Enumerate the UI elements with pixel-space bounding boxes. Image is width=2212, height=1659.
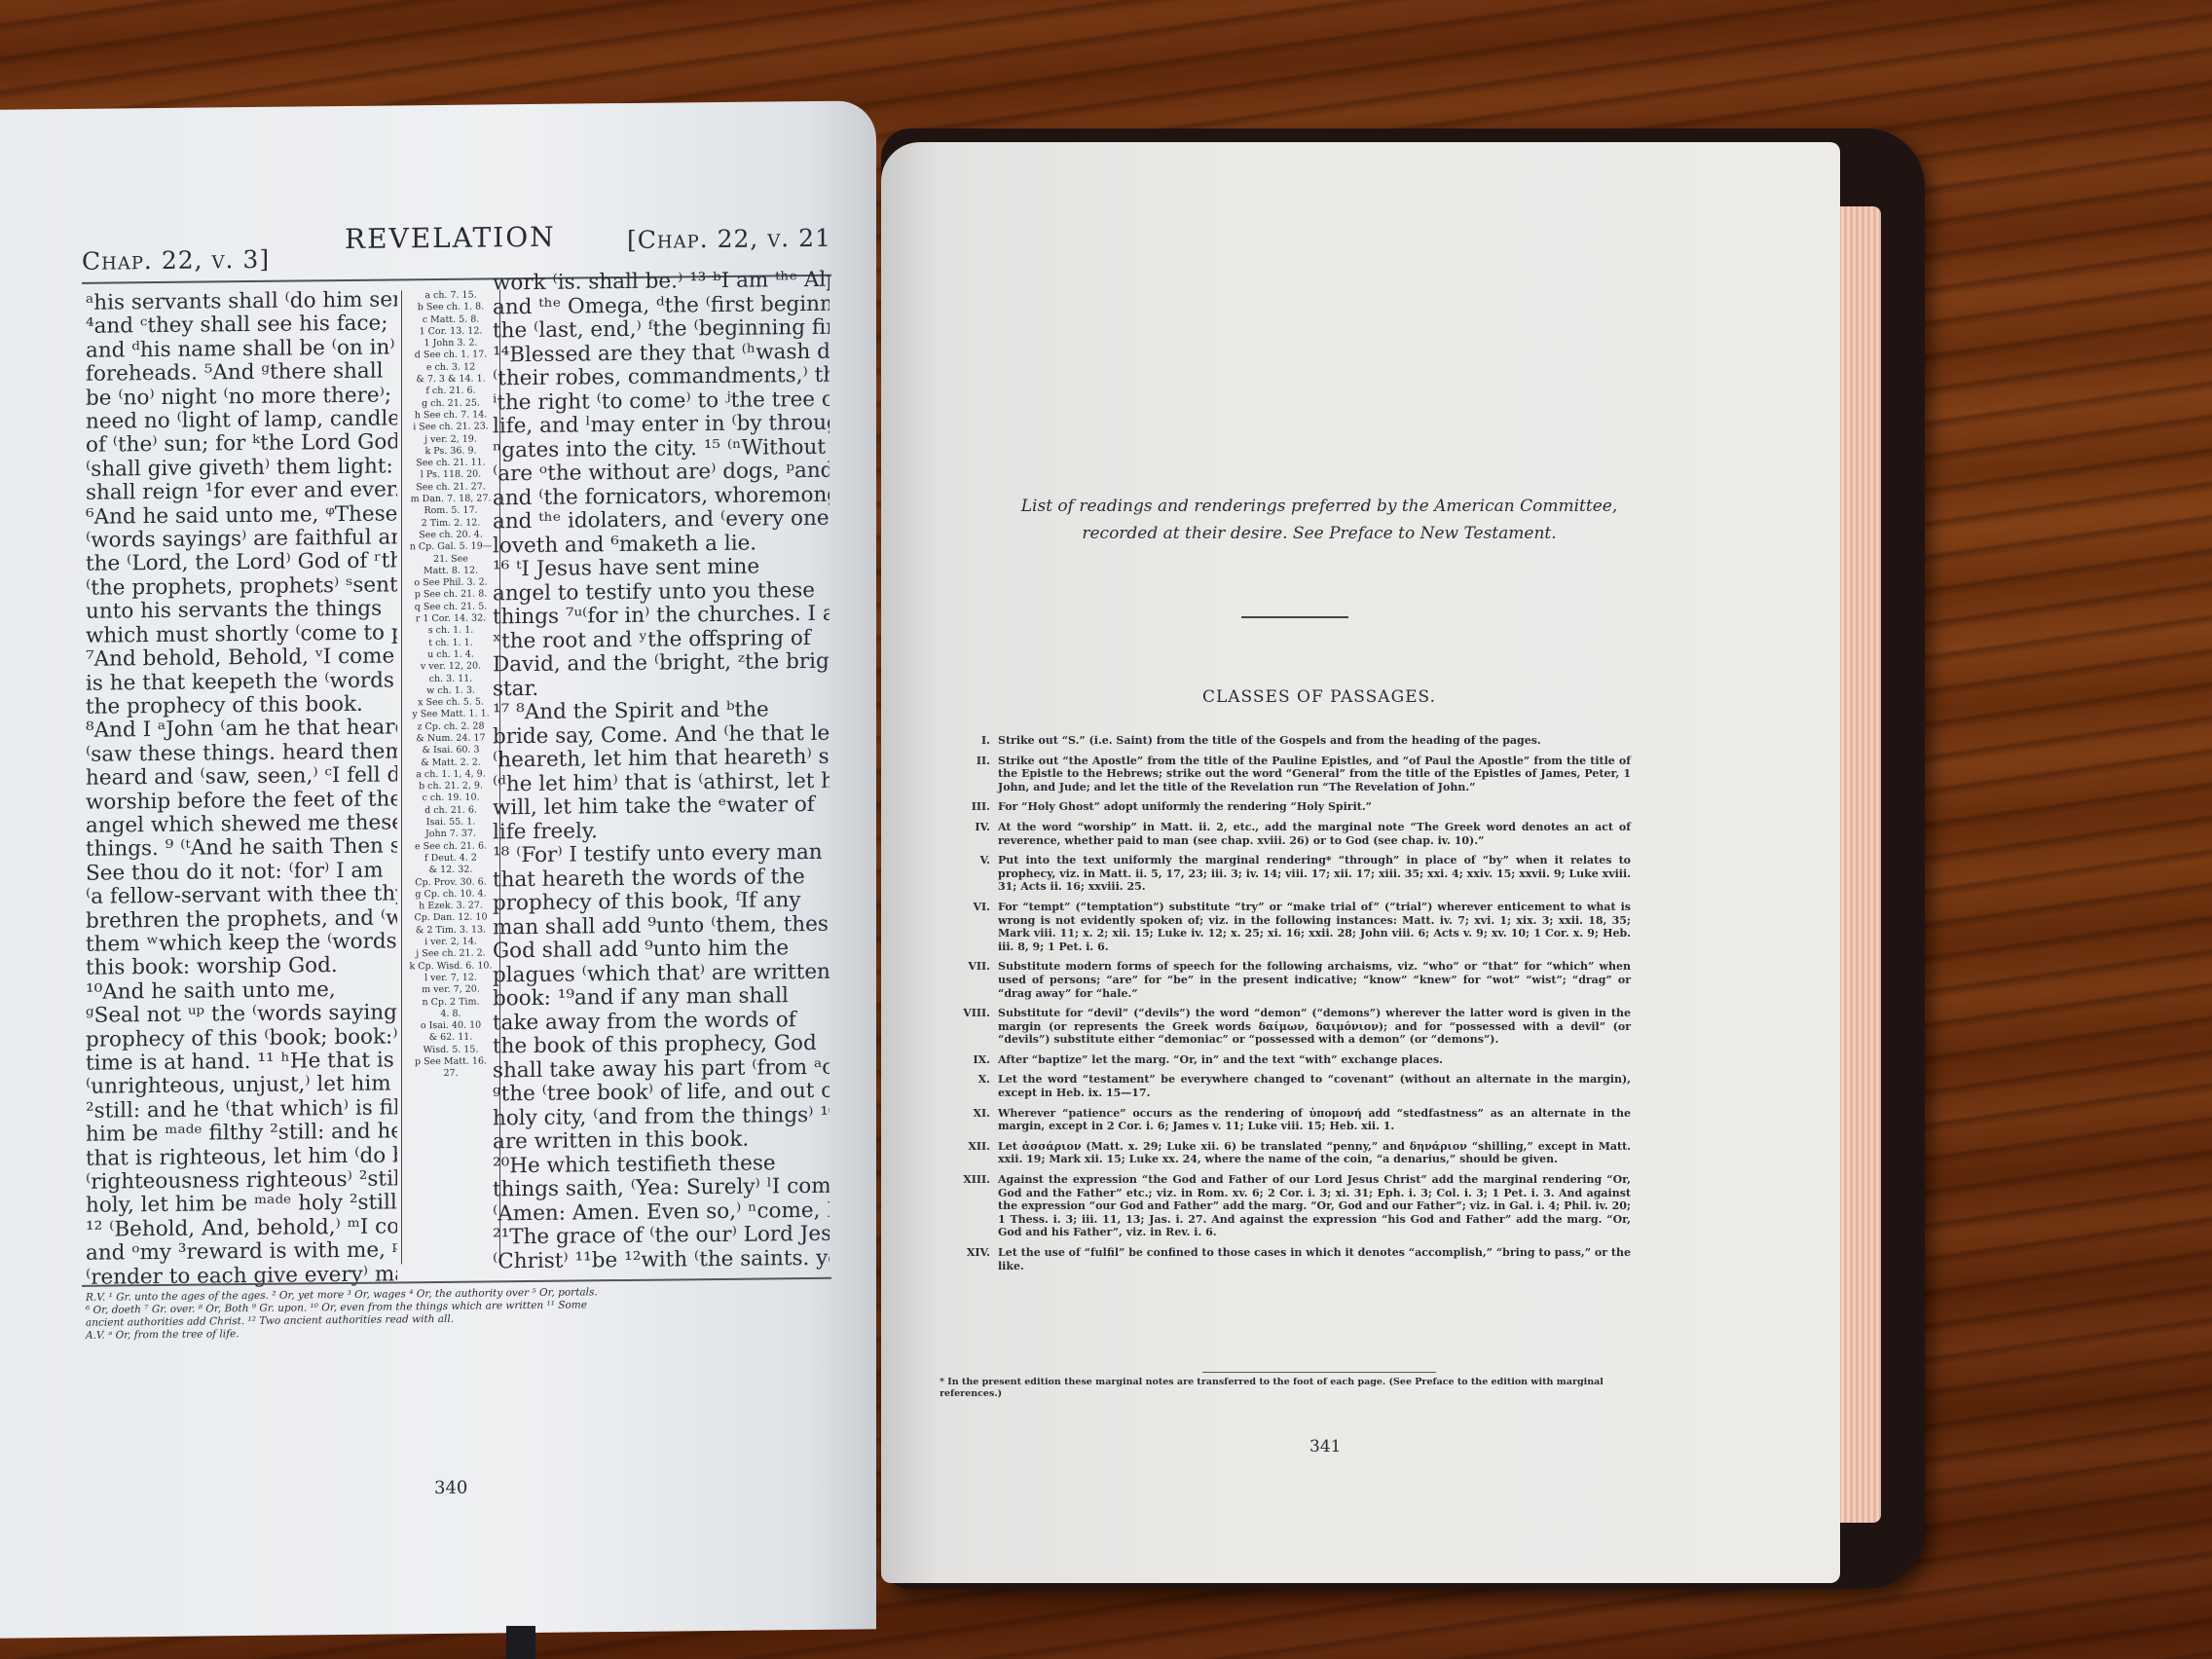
verse-line: the book of this prophecy, God bbox=[493, 1032, 829, 1059]
cross-reference: See ch. 21. 11. bbox=[406, 458, 496, 470]
item-text: For “Holy Ghost” adopt uniformly the ren… bbox=[998, 800, 1631, 814]
cross-reference: Isai. 55. 1. bbox=[406, 816, 496, 829]
cross-reference: g Cp. ch. 10. 4. bbox=[406, 888, 496, 901]
verse-line: man shall add ⁹unto ⁽them, these things,… bbox=[493, 912, 829, 940]
cross-reference: & Num. 24. 17 bbox=[406, 732, 496, 745]
verse-line: which must shortly ⁽come to pass. be don… bbox=[86, 621, 397, 648]
verse-line: ⁱthe right ⁽to come⁾ to ʲthe tree of bbox=[493, 387, 829, 415]
footnote-rule bbox=[1202, 1372, 1436, 1373]
verse-line: ⁷And behold, Behold, ᵛI come ⁽quickly. ʷ… bbox=[86, 645, 397, 673]
cross-reference: ch. 3. 11. bbox=[406, 673, 496, 685]
cross-reference: c ch. 19. 10. bbox=[406, 793, 496, 805]
cross-reference: x See ch. 5. 5. bbox=[406, 696, 496, 709]
cross-reference: f Deut. 4. 2 bbox=[406, 852, 496, 865]
footnote: * In the present edition these marginal … bbox=[940, 1377, 1641, 1400]
verse-line: ᵍSeal not ᵘᵖ the ⁽words sayings⁾ of the bbox=[86, 1002, 397, 1029]
cross-reference: f ch. 21. 6. bbox=[406, 386, 496, 398]
verse-line: ¹⁰And he saith unto me, bbox=[86, 977, 397, 1005]
cross-reference: q See ch. 21. 5. bbox=[406, 601, 496, 613]
cross-reference: See ch. 21. 27. bbox=[406, 481, 496, 494]
passage-class-item: IV.At the word “worship” in Matt. ii. 2,… bbox=[949, 821, 1631, 847]
verse-line: angel to testify unto you these bbox=[493, 578, 829, 606]
cross-reference: o See Phil. 3. 2. bbox=[406, 577, 496, 590]
cross-reference: 2 Tim. 2. 12. bbox=[406, 517, 496, 530]
verse-line: and ᵒmy ³reward is with me, ᵖto bbox=[86, 1239, 397, 1267]
passage-class-item: IX.After “baptize” let the marg. “Or, in… bbox=[949, 1053, 1631, 1067]
verse-line: the ⁽Lord, the Lord⁾ God of ʳthe ⁽spirit… bbox=[86, 550, 397, 577]
cross-reference: v ver. 12, 20. bbox=[406, 661, 496, 674]
section-title: CLASSES OF PASSAGES. bbox=[1076, 687, 1563, 707]
cross-reference: i See ch. 21. 23. bbox=[406, 422, 496, 434]
item-number: III. bbox=[949, 800, 998, 814]
cross-reference: & Isai. 60. 3 bbox=[406, 745, 496, 757]
cross-reference: & 12. 32. bbox=[406, 865, 496, 877]
item-text: At the word “worship” in Matt. ii. 2, et… bbox=[998, 821, 1631, 847]
verse-line: ⁽heareth, let him that heareth⁾ say, Com… bbox=[493, 746, 829, 773]
item-text: After “baptize” let the marg. “Or, in” a… bbox=[998, 1053, 1631, 1067]
verse-line: the prophecy of this book. bbox=[86, 692, 397, 719]
cross-reference: p See ch. 21. 8. bbox=[406, 589, 496, 602]
running-head-right: [Chap. 22, v. 21 bbox=[627, 224, 831, 254]
passage-class-item: VIII.Substitute for “devil” (“devils”) t… bbox=[949, 1007, 1631, 1047]
verse-line: ¹⁴Blessed are they that ⁽ʰwash do his⁾ bbox=[493, 340, 829, 367]
verse-line: worship before the feet of the bbox=[86, 788, 397, 815]
appendix-heading: List of readings and renderings preferre… bbox=[988, 493, 1650, 547]
cross-reference: 1 Cor. 13. 12. bbox=[406, 325, 496, 338]
verse-line: David, and the ⁽bright, ᶻthe bright and⁾… bbox=[493, 650, 829, 678]
verse-line: ⁽saw these things. heard them.⁾ And when… bbox=[86, 740, 397, 767]
cross-reference: y See Matt. 1. 1. bbox=[406, 709, 496, 721]
book-title: REVELATION bbox=[345, 221, 556, 255]
verse-line: prophecy of this book, ᶠIf any bbox=[493, 889, 829, 916]
verse-line: and ᵈhis name shall be ⁽on in⁾ their bbox=[86, 336, 397, 363]
passage-class-item: XIII.Against the expression “the God and… bbox=[949, 1173, 1631, 1239]
verse-line: ⁽a fellow-servant with thee thy fellowse… bbox=[86, 883, 397, 910]
verse-line: God shall add ⁹unto him the bbox=[493, 937, 829, 964]
item-text: Wherever “patience” occurs as the render… bbox=[998, 1107, 1631, 1133]
item-text: Against the expression “the God and Fath… bbox=[998, 1173, 1631, 1239]
verse-line: ᵃhis servants shall ⁽do him service; ser… bbox=[86, 288, 397, 315]
verse-line: ⁶And he said unto me, ᵠThese bbox=[86, 502, 397, 530]
page-number: 340 bbox=[434, 1478, 467, 1498]
cross-reference: Matt. 8. 12. bbox=[406, 565, 496, 577]
verse-line: life, and ˡmay enter in ⁽by through⁾ the bbox=[493, 412, 829, 439]
verse-line: ⁿgates into the city. ¹⁵ ⁽ⁿWithout For⁾ bbox=[493, 435, 829, 462]
verse-line: and ᵗʰᵉ Omega, ᵈthe ⁽first beginning⁾ an… bbox=[493, 292, 829, 319]
verse-line: bride say, Come. And ⁽he that let him⁾ bbox=[493, 721, 829, 749]
verse-line: ²⁰He which testifieth these bbox=[493, 1151, 829, 1178]
verse-line: this book: worship God. bbox=[86, 954, 397, 981]
cross-reference: Rom. 5. 17. bbox=[406, 505, 496, 518]
verse-line: will, let him take the ᵉwater of bbox=[493, 793, 829, 821]
verse-line: ¹⁶ ᵗI Jesus have sent mine bbox=[493, 555, 829, 582]
verse-line: of ⁽the⁾ sun; for ᵏthe Lord God bbox=[86, 431, 397, 459]
right-page: List of readings and renderings preferre… bbox=[881, 142, 1840, 1583]
verse-line: things saith, ⁽Yea: Surely⁾ ˡI come quic… bbox=[493, 1175, 829, 1202]
item-text: Strike out “the Apostle” from the title … bbox=[998, 755, 1631, 794]
verse-line: them ʷwhich keep the ⁽words sayings⁾ of bbox=[86, 930, 397, 957]
verse-line: ²¹The grace of ⁽the our⁾ Lord Jesus bbox=[493, 1223, 829, 1250]
cross-reference: z Cp. ch. 2. 28 bbox=[406, 720, 496, 733]
item-text: Let the word “testament” be everywhere c… bbox=[998, 1073, 1631, 1099]
verse-line: is he that keepeth the ⁽words sayings⁾ o… bbox=[86, 669, 397, 696]
item-number: IV. bbox=[949, 821, 998, 847]
cross-reference: o Isai. 40. 10 bbox=[406, 1019, 496, 1032]
verse-line: time is at hand. ¹¹ ʰHe that is bbox=[86, 1049, 397, 1076]
verse-line: the ⁽last, end,⁾ ᶠthe ⁽beginning first⁾ … bbox=[493, 316, 829, 344]
cross-reference: n Cp. 2 Tim. bbox=[406, 996, 496, 1009]
cross-reference: h See ch. 7. 14. bbox=[406, 409, 496, 422]
text-column-2: work ⁽is. shall be.⁾ ¹³ ᵇI am ᵗʰᵉ Alphaa… bbox=[493, 269, 829, 1274]
cross-reference: k Cp. Wisd. 6. 10. bbox=[406, 960, 496, 973]
verse-line: and ⁽the fornicators, whoremongers,⁾ and… bbox=[493, 483, 829, 510]
cross-reference: j See ch. 21. 2. bbox=[406, 948, 496, 961]
passage-class-item: XI.Wherever “patience” occurs as the ren… bbox=[949, 1107, 1631, 1133]
passage-class-item: VII.Substitute modern forms of speech fo… bbox=[949, 960, 1631, 1000]
item-number: XIV. bbox=[949, 1246, 998, 1272]
cross-reference: a ch. 7. 15. bbox=[406, 289, 496, 302]
item-number: XI. bbox=[949, 1107, 998, 1133]
verse-line: book: ¹⁹and if any man shall bbox=[493, 984, 829, 1012]
verse-line: unto his servants the things bbox=[86, 598, 397, 625]
verse-line: holy city, ⁽and from the things⁾ ¹⁰which bbox=[493, 1103, 829, 1130]
cross-reference: Cp. Dan. 12. 10 bbox=[406, 912, 496, 925]
item-number: XII. bbox=[949, 1140, 998, 1166]
item-text: Strike out “S.” (i.e. Saint) from the ti… bbox=[998, 734, 1631, 748]
passage-class-item: XIV.Let the use of “fulfil” be confined … bbox=[949, 1246, 1631, 1272]
verse-line: ⁽unrighteous, unjust,⁾ let him ⁽do unrig… bbox=[86, 1073, 397, 1100]
cross-reference: & 2 Tim. 3. 13. bbox=[406, 924, 496, 937]
verse-line: be ⁽no⁾ night ⁽no more there⁾; and they bbox=[86, 384, 397, 411]
cross-reference: g ch. 21. 25. bbox=[406, 397, 496, 410]
cross-reference: 1 John 3. 2. bbox=[406, 338, 496, 350]
verse-line: ¹² ⁽Behold, And, behold,⁾ ᵐI come quickl… bbox=[86, 1215, 397, 1242]
verse-line: plagues ⁽which that⁾ are written in this bbox=[493, 960, 829, 987]
cross-reference: & 62. 11. bbox=[406, 1032, 496, 1045]
verse-line: ¹⁸ ⁽For⁾ I testify unto every man bbox=[493, 841, 829, 868]
cross-reference: d See ch. 1. 17. bbox=[406, 350, 496, 362]
item-number: X. bbox=[949, 1073, 998, 1099]
passage-class-item: I.Strike out “S.” (i.e. Saint) from the … bbox=[949, 734, 1631, 748]
passage-class-item: V.Put into the text uniformly the margin… bbox=[949, 854, 1631, 894]
cross-reference: m Dan. 7. 18, 27. bbox=[406, 493, 496, 505]
running-head-left: Chap. 22, v. 3] bbox=[82, 245, 270, 276]
cross-reference: e ch. 3. 12 bbox=[406, 361, 496, 374]
item-text: Put into the text uniformly the marginal… bbox=[998, 854, 1631, 894]
item-number: XIII. bbox=[949, 1173, 998, 1239]
verse-line: ⁽are ᵒthe without are⁾ dogs, ᵖand ᵗʰᵉ so… bbox=[493, 460, 829, 487]
verse-line: ⁸And I ᵃJohn ⁽am he that heard and saw t… bbox=[86, 717, 397, 744]
item-text: Substitute for “devil” (“devils”) the wo… bbox=[998, 1007, 1631, 1047]
cross-reference: k Ps. 36. 9. bbox=[406, 445, 496, 458]
page-number: 341 bbox=[1309, 1437, 1341, 1456]
cross-reference: 4. 8. bbox=[406, 1008, 496, 1020]
verse-line: heard and ⁽saw, seen,⁾ ᶜI fell down to bbox=[86, 764, 397, 792]
verse-line: life freely. bbox=[493, 817, 829, 844]
footnotes: R.V. ¹ Gr. unto the ages of the ages. ² … bbox=[86, 1284, 826, 1343]
verse-line: ⁽Amen: Amen. Even so,⁾ ⁿcome, Lord Jesus… bbox=[493, 1198, 829, 1226]
verse-line: loveth and ⁶maketh a lie. bbox=[493, 531, 829, 558]
verse-line: ᵍthe ⁽tree book⁾ of life, and out of ʲth… bbox=[493, 1080, 829, 1107]
cross-reference: s ch. 1. 1. bbox=[406, 625, 496, 638]
verse-line: him be ᵐᵃᵈᵉ filthy ²still: and he bbox=[86, 1121, 397, 1148]
item-number: I. bbox=[949, 734, 998, 748]
verse-line: ¹⁷ ⁸And the Spirit and ᵇthe bbox=[493, 698, 829, 725]
verse-line: that is righteous, let him ⁽do be⁾ bbox=[86, 1144, 397, 1171]
item-text: Let the use of “fulfil” be confined to t… bbox=[998, 1246, 1631, 1272]
cross-reference: a ch. 1. 1, 4, 9. bbox=[406, 768, 496, 781]
verse-line: ²still: and he ⁽that which⁾ is filthy, l… bbox=[86, 1096, 397, 1124]
cross-reference: See ch. 20. 4. bbox=[406, 529, 496, 541]
verse-line: ⁽words sayings⁾ are faithful and true: a… bbox=[86, 527, 397, 554]
verse-line: holy, let him be ᵐᵃᵈᵉ holy ²still. bbox=[86, 1192, 397, 1219]
cross-reference: d ch. 21. 6. bbox=[406, 804, 496, 817]
cross-reference: & Matt. 2. 2. bbox=[406, 756, 496, 769]
cross-reference: b See ch. 1. 8. bbox=[406, 302, 496, 314]
verse-line: things. ⁹ ⁽ᵗAnd he saith Then saith he⁾ … bbox=[86, 835, 397, 863]
passage-class-item: III.For “Holy Ghost” adopt uniformly the… bbox=[949, 800, 1631, 814]
divider-rule bbox=[1241, 616, 1348, 618]
cross-reference: & 7. 3 & 14. 1. bbox=[406, 373, 496, 386]
item-text: For “tempt” (“temptation”) substitute “t… bbox=[998, 901, 1631, 953]
verse-line: that heareth the words of the bbox=[493, 865, 829, 892]
item-number: VIII. bbox=[949, 1007, 998, 1047]
cross-reference: n Cp. Gal. 5. 19—21. See bbox=[406, 541, 496, 567]
verse-line: angel which shewed me these bbox=[86, 811, 397, 838]
verse-line: ⁽shall give giveth⁾ them light: and ᵐthe… bbox=[86, 455, 397, 482]
item-number: V. bbox=[949, 854, 998, 894]
cross-reference: l Ps. 118. 20. bbox=[406, 469, 496, 482]
cross-reference: t ch. 1. 1. bbox=[406, 637, 496, 649]
cross-reference: Cp. Prov. 30. 6. bbox=[406, 876, 496, 889]
verse-line: ˣthe root and ʸthe offspring of bbox=[493, 626, 829, 653]
cross-reference: Wisd. 5. 15. bbox=[406, 1044, 496, 1056]
verse-line: star. bbox=[493, 674, 829, 701]
verse-line: shall take away his part ⁽from ᵃout of⁾ bbox=[493, 1055, 829, 1083]
cross-reference: b ch. 21. 2, 9. bbox=[406, 781, 496, 793]
verse-line: ⁽righteousness righteous⁾ ²still: and ᵏh… bbox=[86, 1167, 397, 1195]
cross-reference: h Ezek. 3. 27. bbox=[406, 901, 496, 913]
verse-line: ⁽ᵈhe let him⁾ that is ⁽athirst, let him … bbox=[493, 769, 829, 796]
cross-reference: c Matt. 5. 8. bbox=[406, 313, 496, 326]
verse-line: prophecy of this ⁽book; book:⁾ for the bbox=[86, 1025, 397, 1052]
verse-line: need no ⁽light of lamp, candle,⁾ ⁱneithe… bbox=[86, 407, 397, 434]
item-number: VII. bbox=[949, 960, 998, 1000]
verse-line: ⁽the prophets, prophets⁾ ˢsent his angel… bbox=[86, 573, 397, 601]
ribbon-bookmark bbox=[506, 1626, 535, 1659]
item-number: VI. bbox=[949, 901, 998, 953]
passage-class-item: X.Let the word “testament” be everywhere… bbox=[949, 1073, 1631, 1099]
verse-line: and ᵗʰᵉ idolaters, and ⁽every one that w… bbox=[493, 507, 829, 535]
item-text: Substitute modern forms of speech for th… bbox=[998, 960, 1631, 1000]
verse-line: work ⁽is. shall be.⁾ ¹³ ᵇI am ᵗʰᵉ Alpha bbox=[493, 269, 829, 296]
cross-reference-column: a ch. 7. 15.b See ch. 1. 8.c Matt. 5. 8.… bbox=[401, 289, 500, 1264]
passage-class-item: VI.For “tempt” (“temptation”) substitute… bbox=[949, 901, 1631, 953]
verse-line: take away from the words of bbox=[493, 1008, 829, 1035]
cross-reference: u ch. 1. 4. bbox=[406, 648, 496, 661]
verse-line: foreheads. ⁵And ᵍthere shall bbox=[86, 360, 397, 387]
verse-line: See thou do it not: ⁽for⁾ I am bbox=[86, 859, 397, 886]
verse-line: brethren the prophets, and ⁽with of⁾ bbox=[86, 906, 397, 934]
passage-classes-list: I.Strike out “S.” (i.e. Saint) from the … bbox=[949, 734, 1631, 1279]
verse-line: ⁽their robes, commandments,⁾ that they m… bbox=[493, 364, 829, 391]
verse-line: shall reign ¹for ever and ever. bbox=[86, 479, 397, 506]
cross-reference: j ver. 2, 19. bbox=[406, 433, 496, 446]
cross-reference: l ver. 7, 12. bbox=[406, 972, 496, 984]
text-column-1: ᵃhis servants shall ⁽do him service; ser… bbox=[86, 288, 397, 1289]
item-text: Let ἀσσάριον (Matt. x. 29; Luke xii. 6) … bbox=[998, 1140, 1631, 1166]
cross-reference: i ver. 2, 14. bbox=[406, 936, 496, 948]
cross-reference: e See ch. 21. 6. bbox=[406, 840, 496, 853]
item-number: II. bbox=[949, 755, 998, 794]
cross-reference: m ver. 7, 20. bbox=[406, 984, 496, 997]
cross-reference: p See Matt. 16. 27. bbox=[406, 1055, 496, 1081]
verse-line: ⁴and ᶜthey shall see his face; bbox=[86, 313, 397, 340]
cross-reference: John 7. 37. bbox=[406, 829, 496, 841]
cross-reference: r 1 Cor. 14. 32. bbox=[406, 612, 496, 625]
verse-line: are written in this book. bbox=[493, 1127, 829, 1155]
passage-class-item: XII.Let ἀσσάριον (Matt. x. 29; Luke xii.… bbox=[949, 1140, 1631, 1166]
page-edges bbox=[1838, 206, 1881, 1523]
verse-line: ⁽Christ⁾ ¹¹be ¹²with ⁽the saints. you al… bbox=[493, 1246, 829, 1273]
passage-class-item: II.Strike out “the Apostle” from the tit… bbox=[949, 755, 1631, 794]
verse-line: things ⁷ᵘ⁽for in⁾ the churches. I am bbox=[493, 603, 829, 630]
item-number: IX. bbox=[949, 1053, 998, 1067]
cross-reference: w ch. 1. 3. bbox=[406, 684, 496, 697]
left-page: Chap. 22, v. 3] REVELATION [Chap. 22, v.… bbox=[0, 100, 876, 1638]
